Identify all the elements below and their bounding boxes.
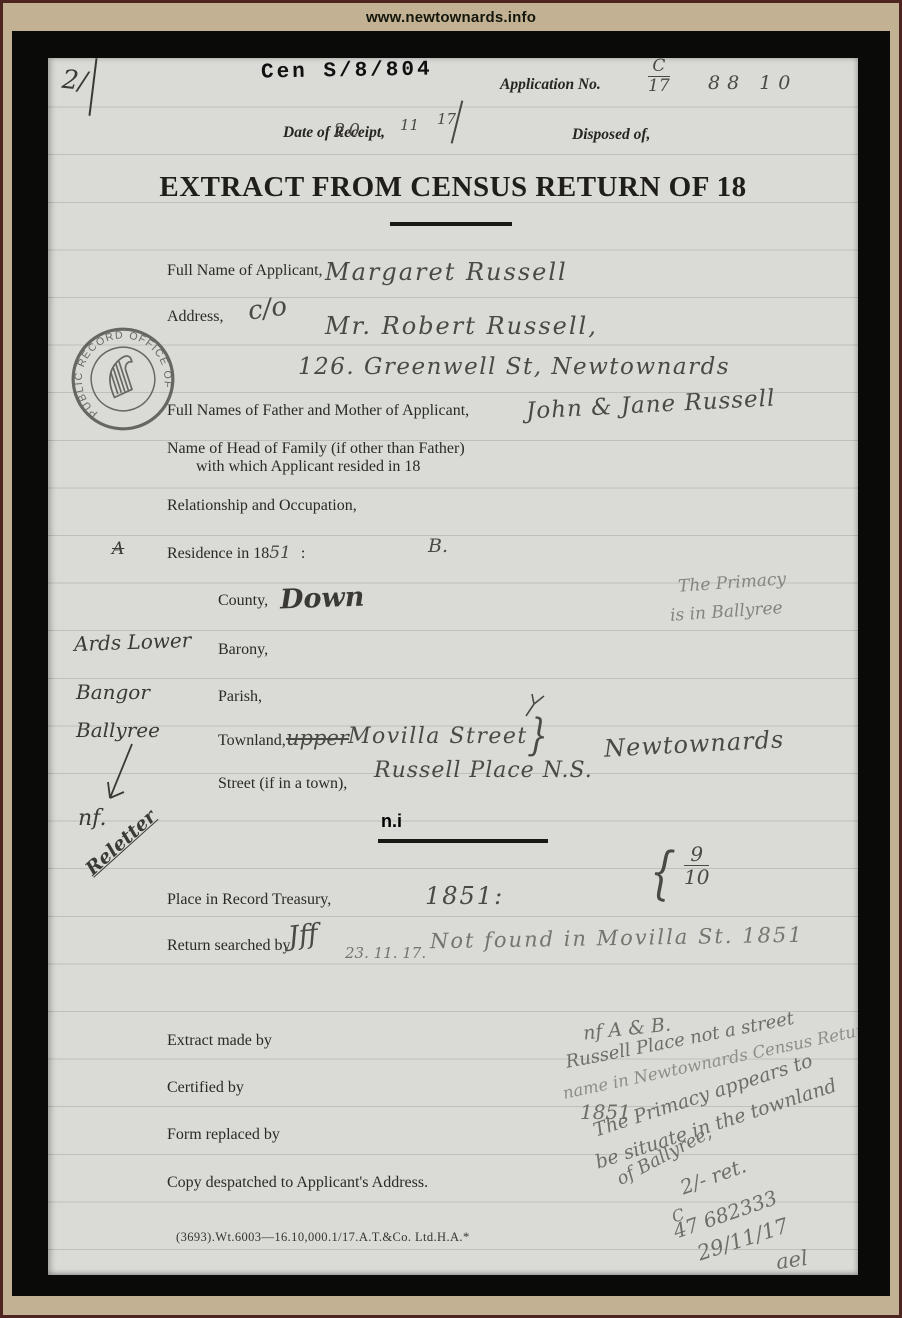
relationship-label: Relationship and Occupation, [167,497,357,515]
printer-imprint: (3693).Wt.6003—16.10,000.1/17.A.T.&Co. L… [176,1230,470,1245]
application-no-numerator: C [648,58,670,77]
searched-date: 23. 11. 17. [345,944,426,962]
cen-reference-stamp: Cen S/8/804 [261,59,433,85]
copy-despatched-label: Copy despatched to Applicant's Address. [167,1174,428,1192]
application-no-denominator: 17 [648,77,670,95]
townland-label: Townland, [218,732,286,750]
census-form-paper: 2/ Cen S/8/804 Application No. C17 88 10… [48,58,858,1275]
scanned-census-extract-page: www.newtownards.info 2/ Cen S/8/804 Appl… [0,0,902,1318]
townland-brace: } [527,709,549,762]
treasury-fraction-bottom: 10 [684,866,709,887]
address-line1: Mr. Robert Russell, [325,312,598,340]
treasury-fraction: 910 [684,844,709,889]
barony-label: Barony, [218,641,268,659]
searched-note: Not found in Movilla St. 1851 [430,923,804,954]
parents-label: Full Names of Father and Mother of Appli… [167,402,469,420]
address-co: c/o [246,291,289,326]
full-name-value: Margaret Russell [325,258,568,286]
full-name-label: Full Name of Applicant, [167,262,323,280]
residence-colon: : [291,545,305,562]
ni-annotation: n.i [381,811,402,832]
corner-fee-note: 2/ [61,65,89,97]
margin-down-arrow-icon [92,740,142,812]
date-month-value: 11 [400,116,419,134]
primacy-note-line1: The Primacy [677,569,786,596]
pencil-clerk-initials: ael [774,1246,809,1274]
county-value: Down [279,582,364,616]
residence-label-row: Residence in 1851: [167,543,305,563]
head-of-family-label-line2: with which Applicant resided in 18 [196,458,420,476]
corner-crease-stroke [88,58,97,116]
residence-year-value: 51 [269,543,291,563]
residence-margin-a: A [112,539,124,559]
scan-background: 2/ Cen S/8/804 Application No. C17 88 10… [12,31,890,1296]
application-no-label: Application No. [500,76,601,94]
disposed-of-label: Disposed of, [572,126,650,144]
extract-made-by-label: Extract made by [167,1032,272,1050]
stamp-graphic: PUBLIC RECORD OFFICE OF IRELAND · [56,312,190,446]
pencil-fee: 2/- ret. [677,1153,749,1199]
county-label: County, [218,592,268,610]
margin-barony-value: Ards Lower [74,628,192,656]
title-underline [390,222,512,226]
site-banner: www.newtownards.info [3,3,899,31]
margin-nf-note: nf. [78,806,107,831]
head-of-family-label-line1: Name of Head of Family (if other than Fa… [167,440,465,458]
townland-town-value: Newtownards [603,725,785,762]
margin-townland-value: Ballyree [76,718,160,742]
date-day-value: 20 [334,120,363,141]
residence-column-b: B. [428,535,448,557]
date-year-value: 17 [437,110,456,128]
treasury-fraction-top: 9 [684,844,709,866]
searched-label: Return searched by [167,937,291,955]
form-title: EXTRACT FROM CENSUS RETURN OF 18 [48,171,858,204]
parents-value: John & Jane Russell [525,385,776,424]
treasury-brace: { [648,836,676,907]
street-label: Street (if in a town), [218,775,347,793]
certified-by-label: Certified by [167,1079,244,1097]
treasury-value: 1851: [425,882,504,910]
address-label: Address, [167,308,223,326]
residence-label: Residence in 18 [167,545,269,562]
ni-underline [378,839,548,843]
primacy-note-line2: is in Ballyree [669,598,783,626]
public-record-office-stamp: PUBLIC RECORD OFFICE OF IRELAND · [56,312,190,446]
harp-icon [103,355,141,398]
address-line2: 126. Greenwell St, Newtownards [298,354,730,380]
townland-value: Movilla Street [348,724,528,749]
form-replaced-by-label: Form replaced by [167,1126,280,1144]
townland-line2-value: Russell Place N.S. [374,758,593,783]
treasury-label: Place in Record Treasury, [167,891,331,909]
searched-initials: Jff [286,919,319,953]
parish-label: Parish, [218,688,262,706]
townland-struck-word: upper [286,726,349,750]
application-no-extra: 88 10 [708,72,797,94]
application-no-fraction: C17 [648,58,670,96]
margin-parish-value: Bangor [76,680,150,704]
